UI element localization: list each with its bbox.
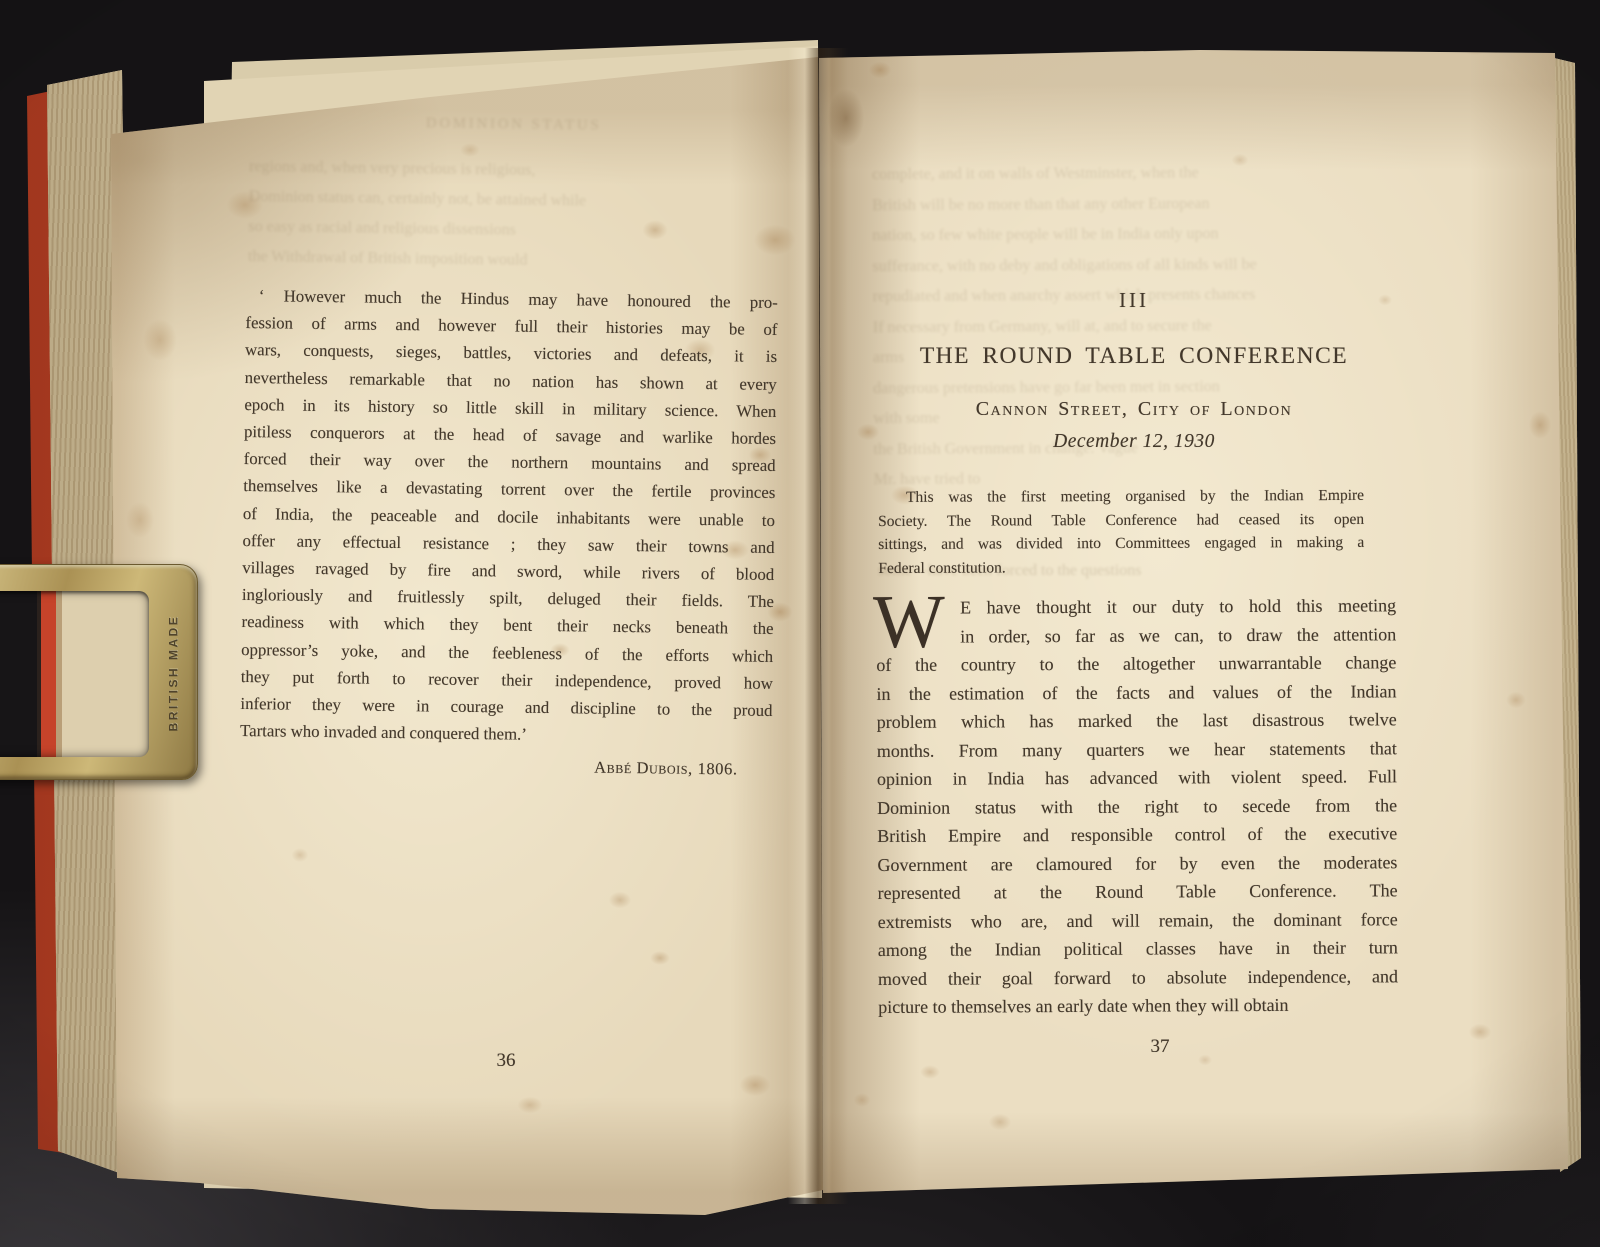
show-through-line: nation, so few white people will be in I… bbox=[872, 218, 1396, 251]
body-line: extremists who are, and will remain, the… bbox=[878, 905, 1398, 936]
show-through-line: the Withdrawal of British imposition wou… bbox=[248, 242, 776, 279]
body-line: of the country to the altogether unwarra… bbox=[876, 648, 1396, 679]
body-line: moved their goal forward to absolute ind… bbox=[878, 962, 1398, 993]
body-line: Government are clamoured for by even the… bbox=[877, 848, 1397, 879]
show-through-line: If necessary from Germany, will at, and … bbox=[873, 310, 1397, 343]
intro-line: Society. The Round Table Conference had … bbox=[878, 507, 1364, 533]
intro-line: This was the first meeting organised by … bbox=[878, 484, 1364, 510]
body-line: problem which has marked the last disast… bbox=[877, 705, 1397, 736]
book-photo: DOMINION STATUS regions and, when very p… bbox=[0, 0, 1600, 1247]
body-lines: E have thought it our duty to hold this … bbox=[876, 591, 1398, 1021]
body-line: represented at the Round Table Conferenc… bbox=[877, 876, 1397, 907]
quote-lines: ‘ However much the Hindus may have honou… bbox=[240, 282, 778, 751]
body-line: British Empire and responsible control o… bbox=[877, 819, 1397, 850]
show-through-line: complete, and it on walls of Westminster… bbox=[872, 157, 1396, 190]
intro-line: sittings, and was divided into Committee… bbox=[878, 531, 1364, 557]
gutter-crease-shadow bbox=[788, 48, 848, 1204]
body-line: in the estimation of the facts and value… bbox=[876, 677, 1396, 708]
left-show-through-text: DOMINION STATUS regions and, when very p… bbox=[248, 106, 778, 279]
body-line: Dominion status with the right to secede… bbox=[877, 791, 1397, 822]
chapter-number: III bbox=[872, 288, 1396, 313]
buckle-opening bbox=[0, 591, 149, 757]
body-paragraph: W E have thought it our duty to hold thi… bbox=[876, 591, 1398, 1021]
intro-line: Federal constitution. bbox=[878, 554, 1364, 580]
intro-paragraph: This was the first meeting organised by … bbox=[878, 484, 1364, 580]
show-through-line: sufferance, with no deby and obligations… bbox=[872, 249, 1396, 282]
chapter-title: THE ROUND TABLE CONFERENCE bbox=[852, 343, 1416, 370]
buckle-stamp-text: BRITISH MADE bbox=[166, 615, 180, 732]
body-line: picture to themselves an early date when… bbox=[878, 990, 1398, 1021]
buckle-stamp: BRITISH MADE bbox=[149, 589, 197, 757]
chapter-location: Cannon Street, City of London bbox=[872, 398, 1396, 421]
quote-attribution: Abbé Dubois, 1806. bbox=[240, 749, 772, 783]
quote-block: ‘ However much the Hindus may have honou… bbox=[240, 282, 778, 784]
drop-cap-letter: W bbox=[873, 594, 945, 650]
left-page-number: 36 bbox=[471, 1050, 541, 1072]
body-line: opinion in India has advanced with viole… bbox=[877, 762, 1397, 793]
right-page-number: 37 bbox=[1125, 1036, 1195, 1058]
chapter-date: December 12, 1930 bbox=[872, 431, 1396, 453]
show-through-lines: regions and, when very precious is relig… bbox=[248, 152, 778, 279]
show-through-running-header: DOMINION STATUS bbox=[250, 106, 778, 143]
body-line: among the Indian political classes have … bbox=[878, 933, 1398, 964]
show-through-line: British will be no more than that any ot… bbox=[872, 188, 1396, 221]
body-line: E have thought it our duty to hold this … bbox=[960, 591, 1396, 622]
body-line: months. From many quarters we hear state… bbox=[877, 734, 1397, 765]
body-line: in order, so far as we can, to draw the … bbox=[960, 620, 1396, 651]
strap-buckle: BRITISH MADE bbox=[0, 564, 198, 780]
